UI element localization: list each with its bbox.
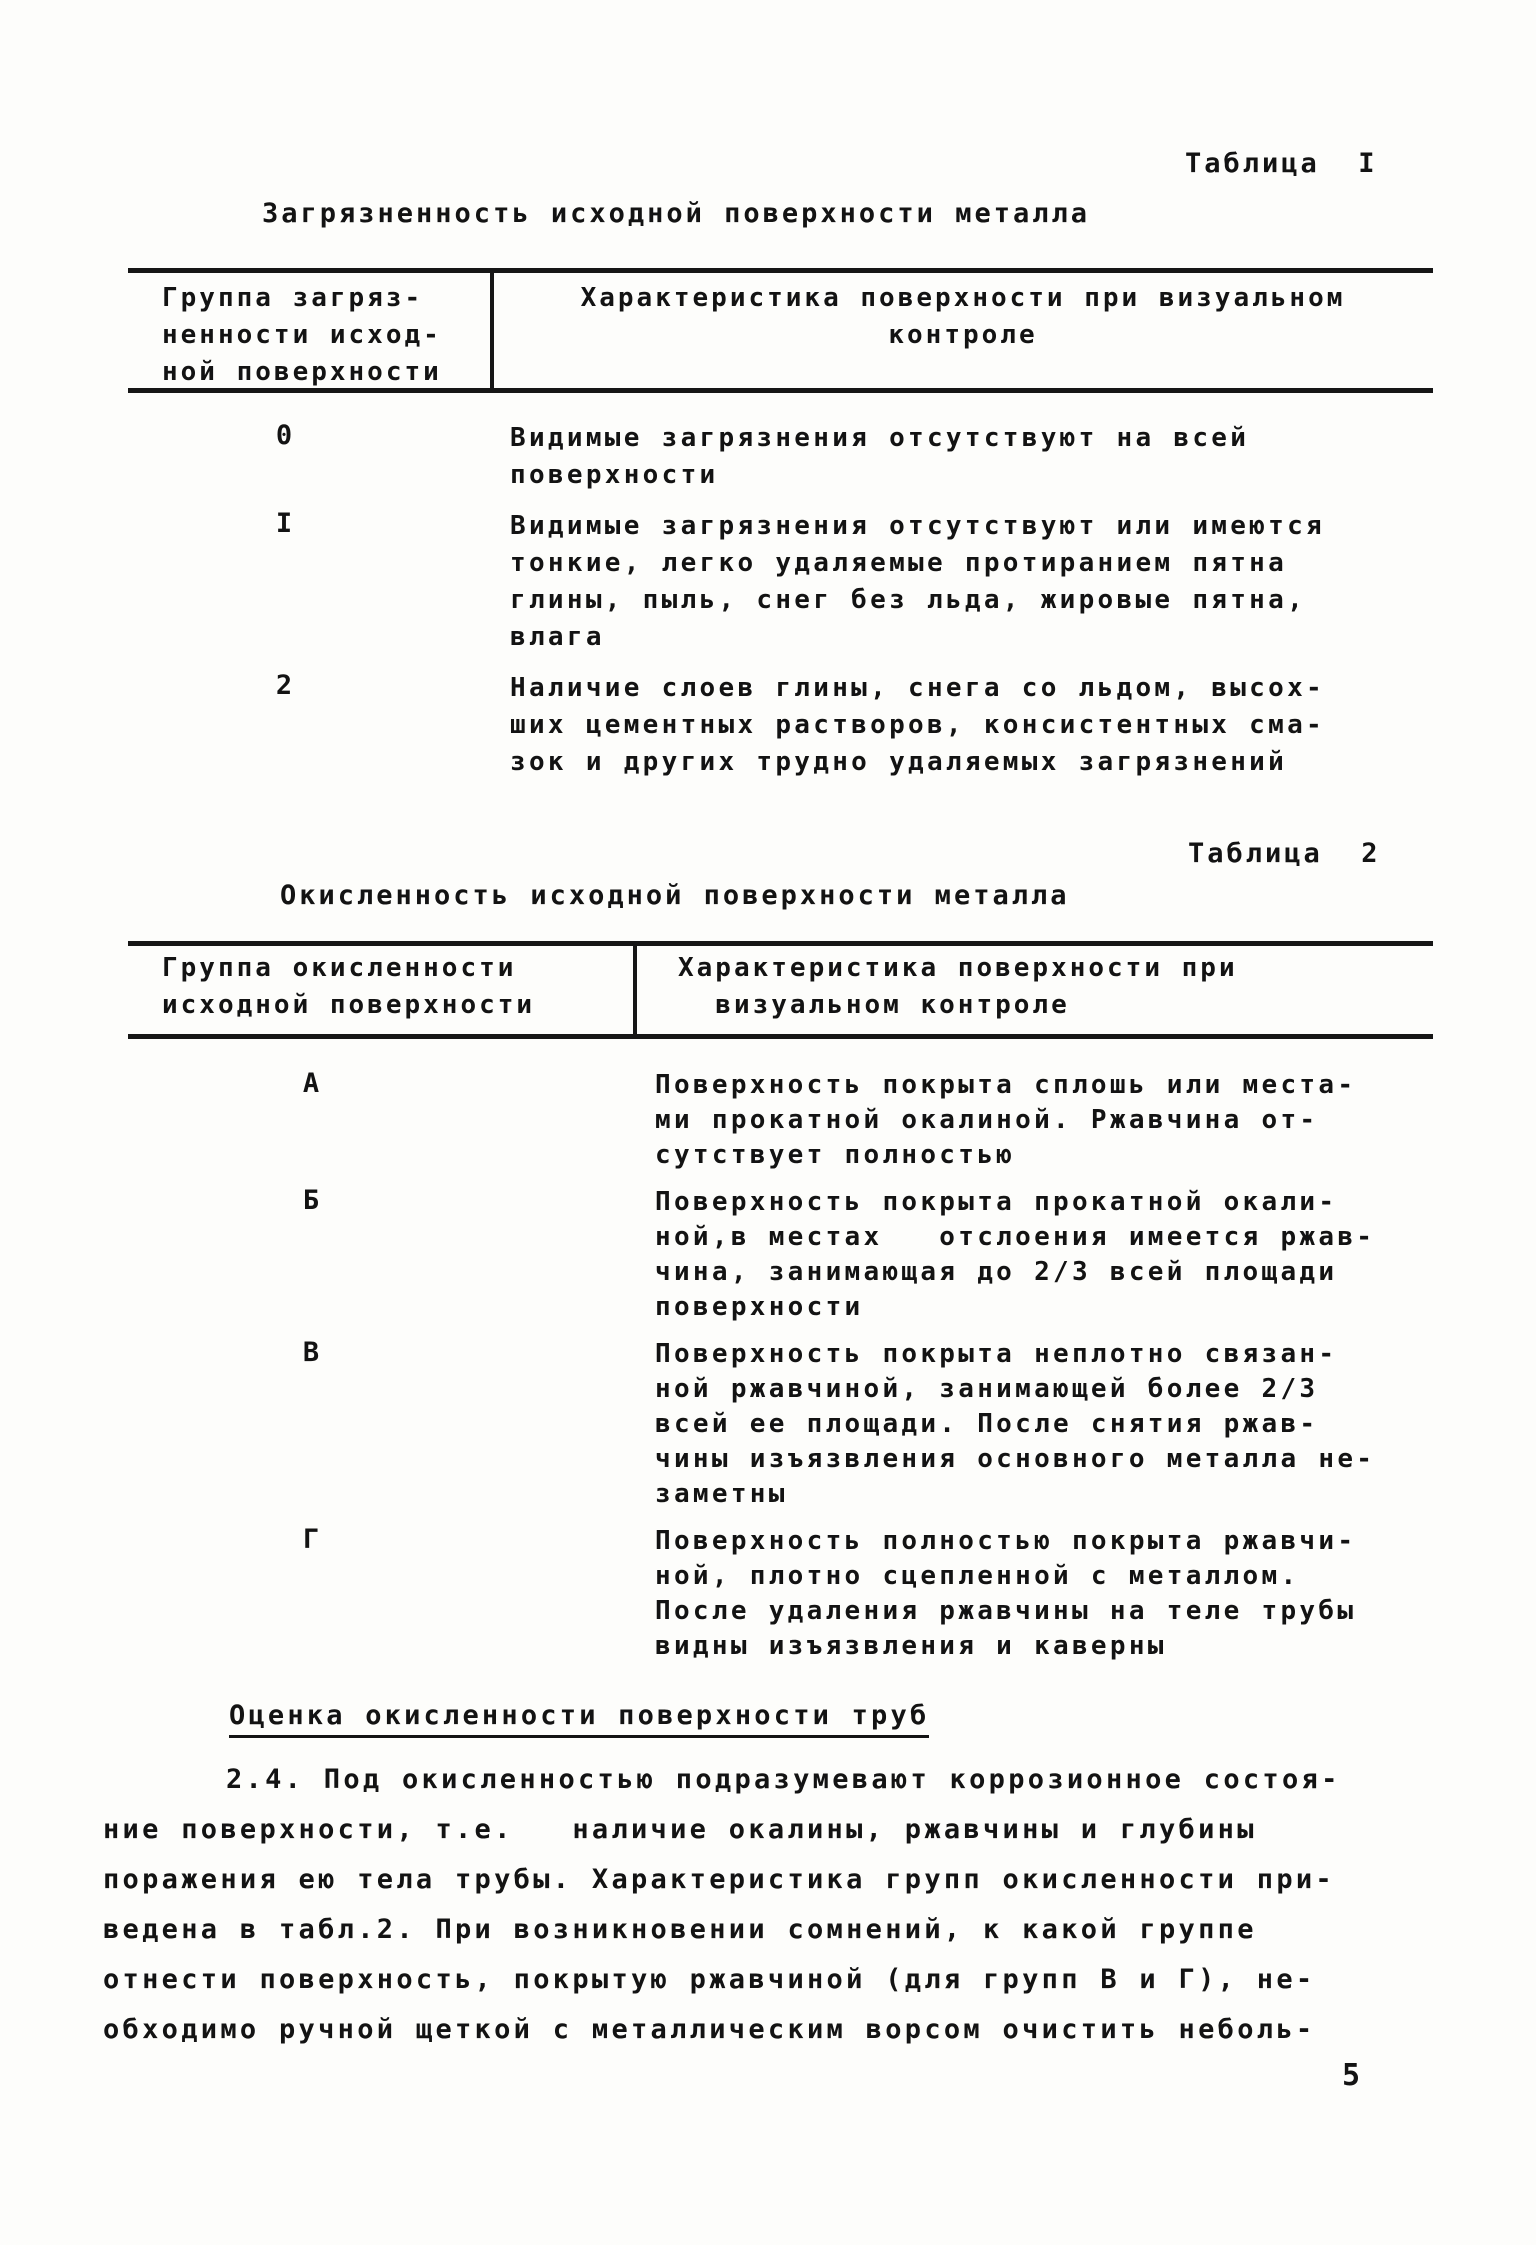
row-description: Наличие слоев глины, снега со льдом, выс…: [510, 670, 1536, 781]
table2-title: Окисленность исходной поверхности металл…: [280, 880, 1069, 911]
table2-header-separator: [128, 1034, 1433, 1039]
group-label: А: [282, 1068, 342, 1099]
group-label: 0: [255, 420, 315, 451]
table-row: Б Поверхность покрыта прокатной окали-но…: [0, 1185, 1536, 1325]
paragraph-2-4: 2.4. Под окисленностью подразумевают кор…: [103, 1755, 1433, 2055]
table-row: А Поверхность покрыта сплошь или места-м…: [0, 1068, 1536, 1173]
row-description: Поверхность покрыта неплотно связан-ной …: [655, 1337, 1536, 1512]
table2-body: А Поверхность покрыта сплошь или места-м…: [0, 1068, 1536, 1676]
table-row: 0 Видимые загрязнения отсутствуют на все…: [0, 420, 1536, 494]
section-heading: Оценка окисленности поверхности труб: [229, 1700, 929, 1738]
table2-caption: Таблица 2: [1188, 838, 1381, 869]
table1-body: 0 Видимые загрязнения отсутствуют на все…: [0, 420, 1536, 795]
row-description: Поверхность полностью покрыта ржавчи-ной…: [655, 1524, 1536, 1664]
table1-header-col2: Характеристика поверхности при визуально…: [494, 280, 1432, 354]
table-row: I Видимые загрязнения отсутствуют или им…: [0, 508, 1536, 656]
table1-header-col1: Группа загряз-ненности исход-ной поверхн…: [162, 280, 442, 391]
group-label: 2: [255, 670, 315, 701]
page-number: 5: [1342, 2058, 1361, 2093]
table1-title: Загрязненность исходной поверхности мета…: [262, 198, 1090, 229]
group-label: I: [255, 508, 315, 539]
row-description: Поверхность покрыта прокатной окали-ной,…: [655, 1185, 1536, 1325]
row-description: Видимые загрязнения отсутствуют на всейп…: [510, 420, 1536, 494]
table2-top-border: [128, 941, 1433, 946]
table-row: 2 Наличие слоев глины, снега со льдом, в…: [0, 670, 1536, 781]
group-label: В: [282, 1337, 342, 1368]
group-label: Б: [282, 1185, 342, 1216]
table1-caption: Таблица I: [1185, 148, 1378, 179]
table2-header-col1: Группа окисленностиисходной поверхности: [162, 950, 535, 1024]
table1-top-border: [128, 268, 1433, 273]
table-row: Г Поверхность полностью покрыта ржавчи-н…: [0, 1524, 1536, 1664]
row-description: Поверхность покрыта сплошь или места-ми …: [655, 1068, 1536, 1173]
table-row: В Поверхность покрыта неплотно связан-но…: [0, 1337, 1536, 1512]
table2-header-col2: Характеристика поверхности при визуально…: [678, 950, 1238, 1024]
group-label: Г: [282, 1524, 342, 1555]
scanned-document-page: Таблица I Загрязненность исходной поверх…: [0, 0, 1536, 2245]
table2-column-divider: [633, 941, 637, 1038]
row-description: Видимые загрязнения отсутствуют или имею…: [510, 508, 1536, 656]
